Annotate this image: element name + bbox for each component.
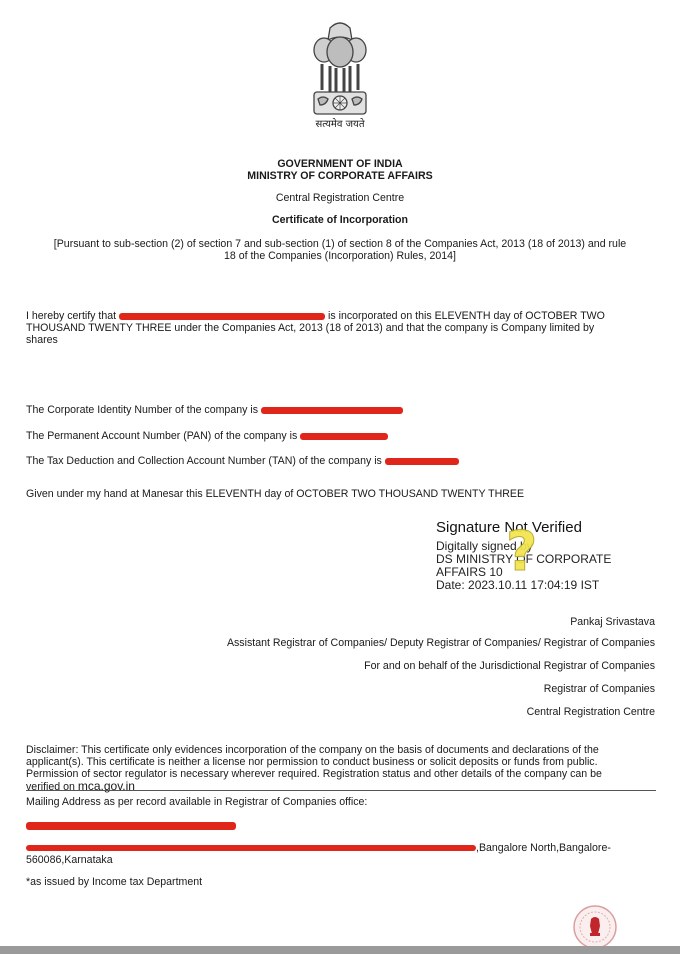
- pursuant-line-1: [Pursuant to sub-section (2) of section …: [0, 238, 680, 251]
- address-line-1: [26, 820, 656, 833]
- centre-title: Central Registration Centre: [0, 192, 680, 205]
- certify-prefix: I hereby certify that: [26, 310, 116, 322]
- certificate-title: Certificate of Incorporation: [0, 214, 680, 227]
- cin-redaction: [261, 407, 403, 414]
- digital-signature-block: Signature Not Verified Digitally signed …: [436, 519, 666, 592]
- signer-name: DS MINISTRY OF CORPORATE: [436, 553, 666, 566]
- mailing-address-label: Mailing Address as per record available …: [26, 796, 656, 809]
- bottom-bar: [0, 946, 680, 954]
- company-name-redaction: [119, 313, 325, 320]
- pan-label: The Permanent Account Number (PAN) of th…: [26, 430, 297, 442]
- certification-line-1: I hereby certify that is incorporated on…: [26, 310, 656, 323]
- ministry-title: MINISTRY OF CORPORATE AFFAIRS: [0, 170, 680, 183]
- tan-label: The Tax Deduction and Collection Account…: [26, 455, 382, 467]
- cin-label: The Corporate Identity Number of the com…: [26, 404, 258, 416]
- pan-row: The Permanent Account Number (PAN) of th…: [26, 430, 656, 443]
- disclaimer-line-4: verified on mca.gov.in: [26, 779, 656, 794]
- address-line-1-redaction: [26, 822, 236, 830]
- signatory-behalf: For and on behalf of the Jurisdictional …: [364, 660, 655, 673]
- address-line-2-redaction: [26, 845, 476, 851]
- government-title: GOVERNMENT OF INDIA: [0, 158, 680, 171]
- address-line-2: ,Bangalore North,Bangalore-: [26, 842, 656, 855]
- verified-on-label: verified on: [26, 781, 75, 793]
- disclaimer-line-2: applicant(s). This certificate is neithe…: [26, 756, 656, 769]
- pursuant-line-2: 18 of the Companies (Incorporation) Rule…: [0, 250, 680, 263]
- signature-status: Signature Not Verified: [436, 519, 666, 537]
- signer-name-cont: AFFAIRS 10: [436, 566, 666, 579]
- mca-seal-icon: [572, 904, 618, 950]
- signatory-designation: Assistant Registrar of Companies/ Deputy…: [227, 637, 655, 650]
- tan-redaction: [385, 458, 459, 465]
- signatory-name: Pankaj Srivastava: [570, 616, 655, 629]
- tan-row: The Tax Deduction and Collection Account…: [26, 455, 656, 468]
- disclaimer-line-1: Disclaimer: This certificate only eviden…: [26, 744, 656, 757]
- cin-row: The Corporate Identity Number of the com…: [26, 404, 656, 417]
- certification-line-3: shares: [26, 334, 656, 347]
- signatory-centre: Central Registration Centre: [527, 706, 655, 719]
- address-line-2-suffix: ,Bangalore North,Bangalore-: [476, 842, 611, 854]
- certification-line-2: THOUSAND TWENTY THREE under the Companie…: [26, 322, 656, 335]
- address-line-3: 560086,Karnataka: [26, 854, 656, 867]
- given-under-hand: Given under my hand at Manesar this ELEV…: [26, 488, 656, 501]
- question-mark-icon: ?: [506, 525, 537, 579]
- motto: सत्यमेव जयते: [0, 119, 680, 131]
- signature-date: Date: 2023.10.11 17:04:19 IST: [436, 579, 666, 592]
- footnote: *as issued by Income tax Department: [26, 876, 656, 889]
- signatory-office: Registrar of Companies: [544, 683, 655, 696]
- pan-redaction: [300, 433, 388, 440]
- certify-suffix: is incorporated on this ELEVENTH day of …: [328, 310, 605, 322]
- divider: [26, 790, 656, 791]
- national-emblem-icon: [300, 14, 380, 134]
- signed-by-label: Digitally signed by: [436, 540, 666, 553]
